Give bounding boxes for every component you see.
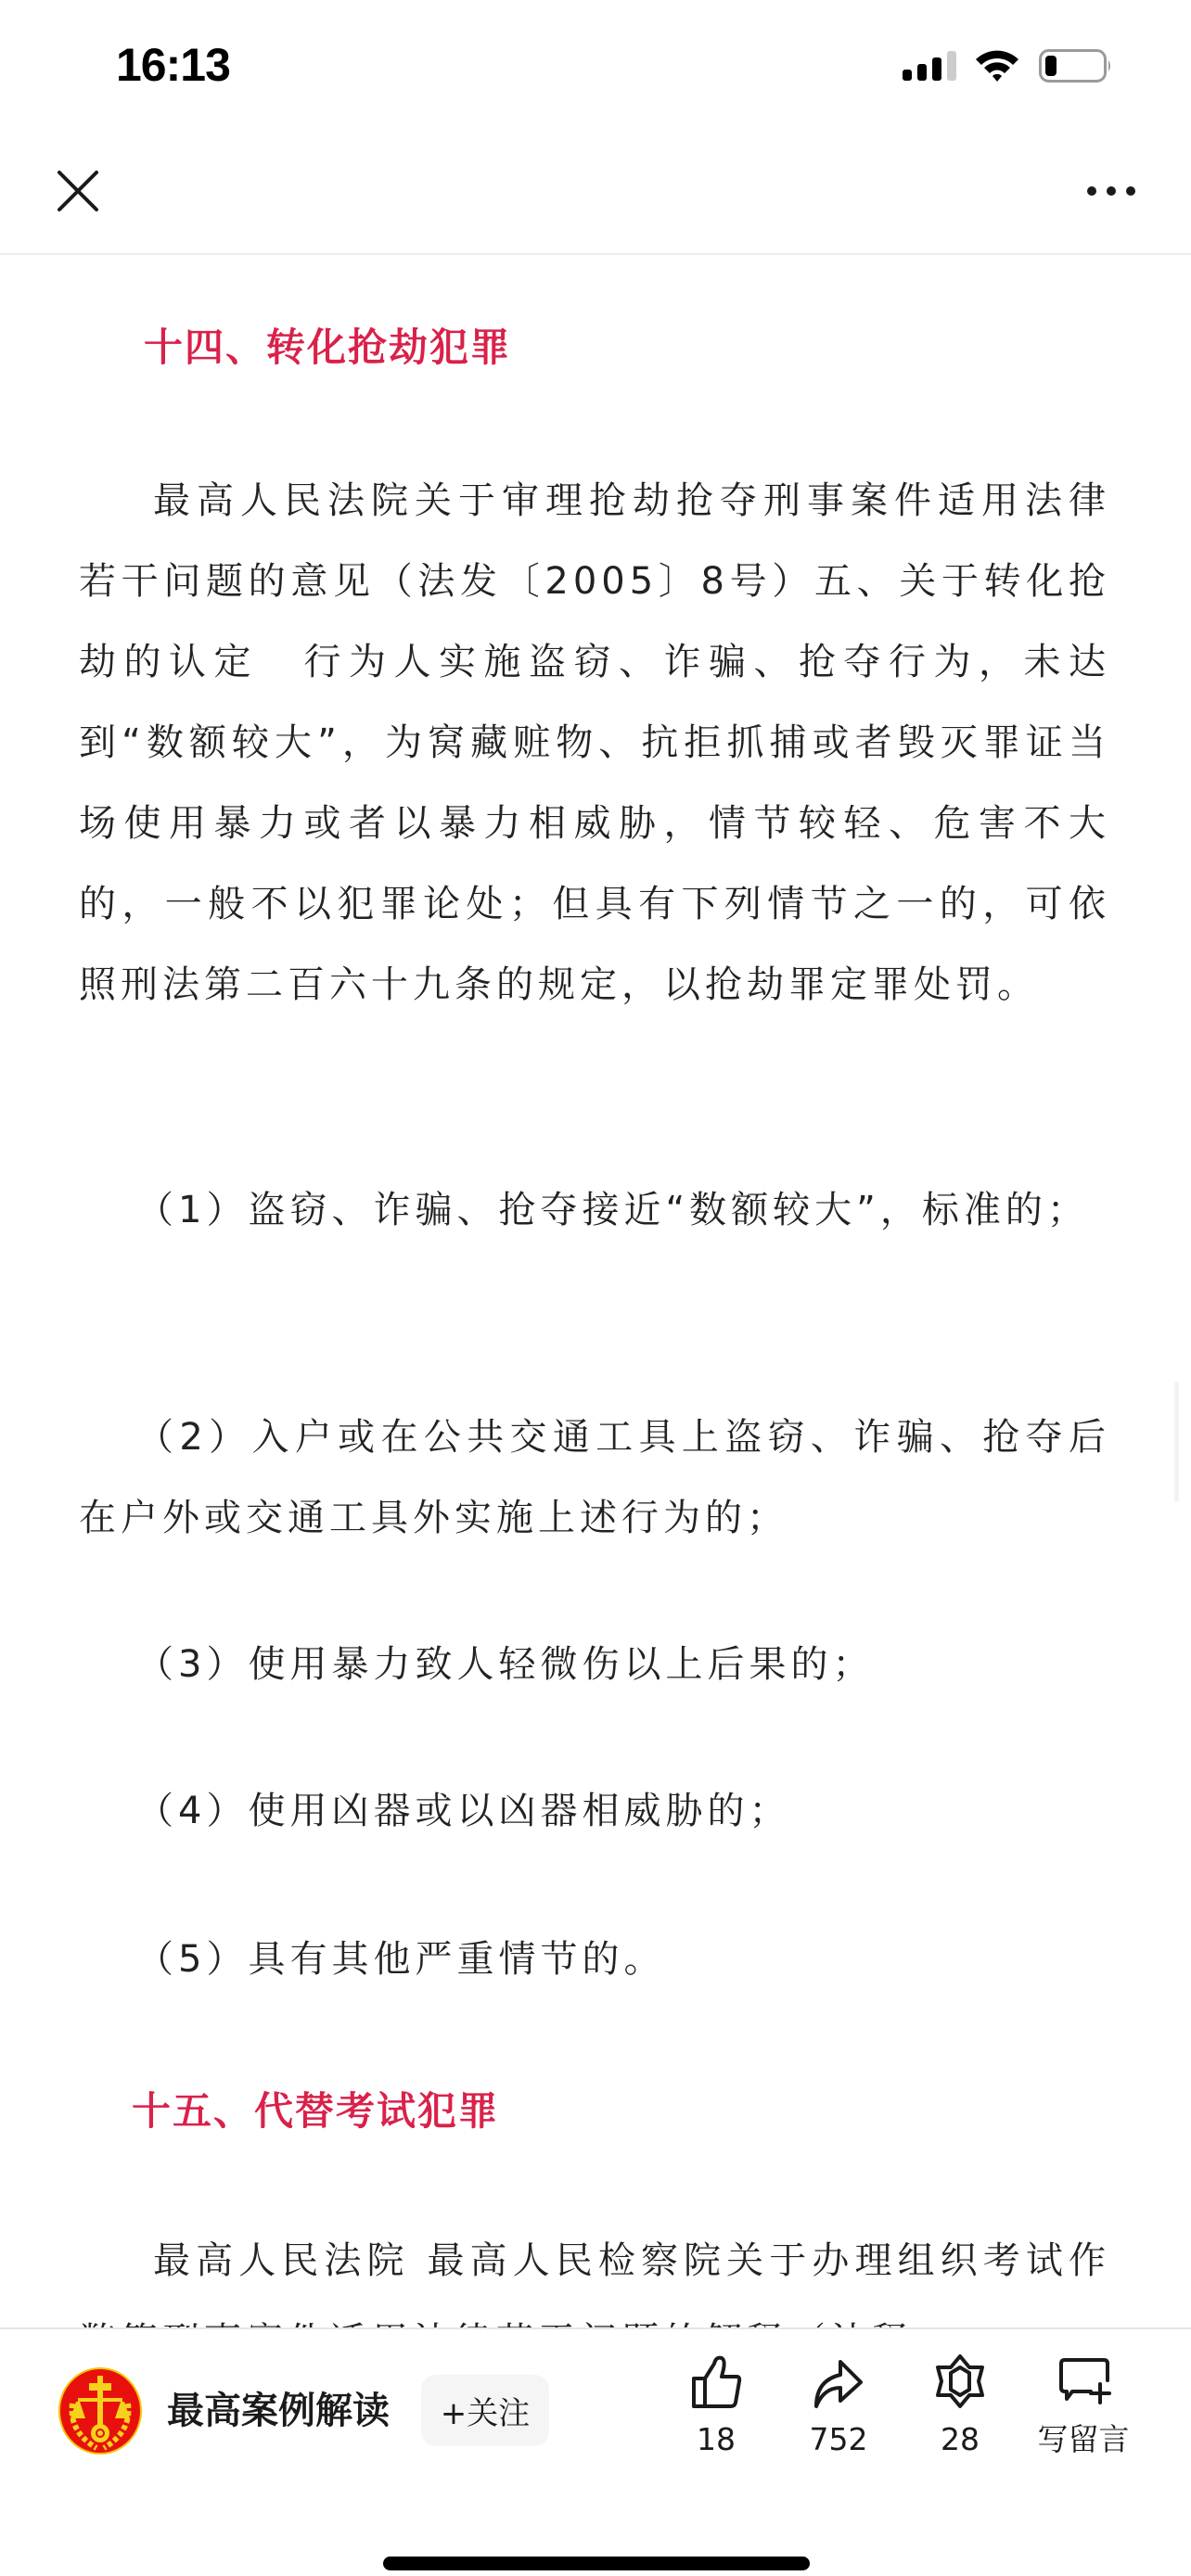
list-item: （1）盗窃、诈骗、抢夺接近“数额较大”，标准的； — [79, 1170, 1110, 1251]
cellular-signal-icon — [903, 51, 956, 81]
list-item: （5）具有其他严重情节的。 — [79, 1919, 1110, 2000]
section-heading: 十四、转化抢劫犯罪 — [144, 325, 511, 371]
share-count: 752 — [810, 2421, 868, 2458]
home-indicator[interactable] — [383, 2557, 810, 2570]
write-comment-label: 写留言 — [1038, 2421, 1130, 2458]
list-item: （2）入户或在公共交通工具上盗窃、诈骗、抢夺后在户外或交通工具外实施上述行为的； — [79, 1397, 1110, 1559]
status-time: 16:13 — [116, 37, 230, 93]
wow-button[interactable]: 28 — [904, 2351, 1016, 2471]
wow-icon — [932, 2351, 988, 2412]
write-comment-button[interactable]: 写留言 — [1028, 2351, 1139, 2471]
nav-divider — [0, 253, 1191, 255]
account-name[interactable]: 最高案例解读 — [167, 2385, 390, 2437]
list-item: （4）使用凶器或以凶器相威胁的； — [79, 1771, 1110, 1852]
list-item: （3）使用暴力致人轻微伤以上后果的； — [79, 1625, 1110, 1705]
section-paragraph: 最高人民法院关于审理抢劫抢夺刑事案件适用法律若干问题的意见（法发〔2005〕8号… — [79, 461, 1110, 1026]
wifi-icon — [974, 48, 1020, 83]
battery-icon — [1039, 49, 1113, 83]
like-count: 18 — [697, 2421, 736, 2458]
account-logo-court-emblem-icon[interactable] — [56, 2366, 145, 2455]
follow-button-label: +关注 — [441, 2388, 531, 2433]
scrollbar-thumb[interactable] — [1174, 1382, 1179, 1502]
close-icon[interactable] — [54, 167, 102, 215]
more-icon[interactable] — [1083, 181, 1139, 201]
comment-add-icon — [1056, 2351, 1111, 2412]
thumbs-up-icon — [688, 2351, 744, 2412]
like-button[interactable]: 18 — [660, 2351, 772, 2471]
share-icon — [811, 2351, 866, 2412]
follow-button[interactable]: +关注 — [421, 2375, 549, 2446]
share-button[interactable]: 752 — [783, 2351, 894, 2471]
wow-count: 28 — [941, 2421, 980, 2458]
section-heading: 十五、代替考试犯罪 — [132, 2088, 499, 2135]
